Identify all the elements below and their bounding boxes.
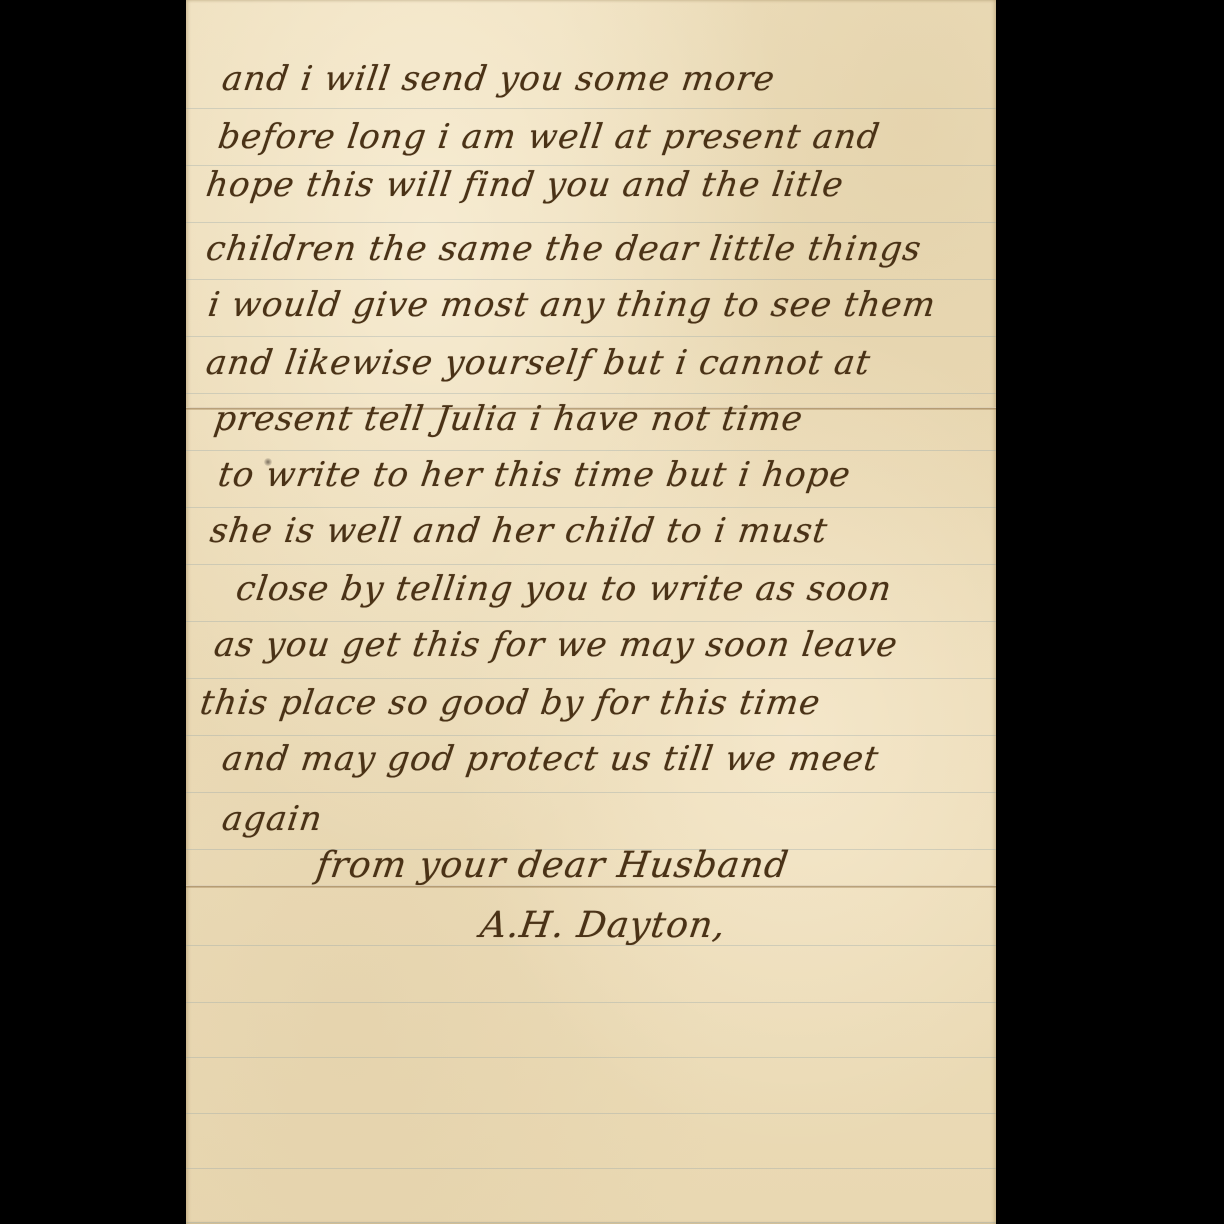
ruled-line bbox=[186, 222, 996, 223]
letter-line: to write to her this time but i hope bbox=[216, 458, 853, 492]
ruled-line bbox=[186, 1002, 996, 1003]
ruled-line bbox=[186, 1222, 996, 1223]
ruled-line bbox=[186, 507, 996, 508]
letter-line: present tell Julia i have not time bbox=[212, 402, 805, 436]
letter-line: as you get this for we may soon leave bbox=[212, 628, 900, 662]
ruled-line bbox=[186, 450, 996, 451]
ruled-line bbox=[186, 336, 996, 337]
letter-signature: A.H. Dayton, bbox=[478, 908, 728, 944]
ruled-line bbox=[186, 792, 996, 793]
letter-line: i would give most any thing to see them bbox=[206, 288, 938, 322]
letter-line: and likewise yourself but i cannot at bbox=[204, 346, 873, 380]
ruled-line bbox=[186, 1057, 996, 1058]
ruled-line bbox=[186, 1168, 996, 1169]
letter-page: and i will send you some more before lon… bbox=[186, 0, 996, 1224]
ruled-line bbox=[186, 735, 996, 736]
letter-line: she is well and her child to i must bbox=[208, 514, 830, 548]
letter-line: before long i am well at present and bbox=[216, 120, 882, 154]
ruled-line bbox=[186, 678, 996, 679]
letter-line: and i will send you some more bbox=[220, 62, 777, 96]
ruled-line bbox=[186, 621, 996, 622]
letter-line: hope this will find you and the litle bbox=[204, 168, 846, 202]
ruled-line bbox=[186, 393, 996, 394]
letter-line: close by telling you to write as soon bbox=[234, 572, 894, 606]
ruled-line bbox=[186, 564, 996, 565]
letter-closing: from your dear Husband bbox=[314, 848, 791, 884]
letter-line: children the same the dear little things bbox=[204, 232, 924, 266]
ruled-line bbox=[186, 108, 996, 109]
letter-line: this place so good by for this time bbox=[198, 686, 823, 720]
ruled-line bbox=[186, 279, 996, 280]
ruled-line bbox=[186, 1113, 996, 1114]
letter-line: and may god protect us till we meet bbox=[220, 742, 881, 776]
letter-line: again bbox=[220, 802, 325, 836]
